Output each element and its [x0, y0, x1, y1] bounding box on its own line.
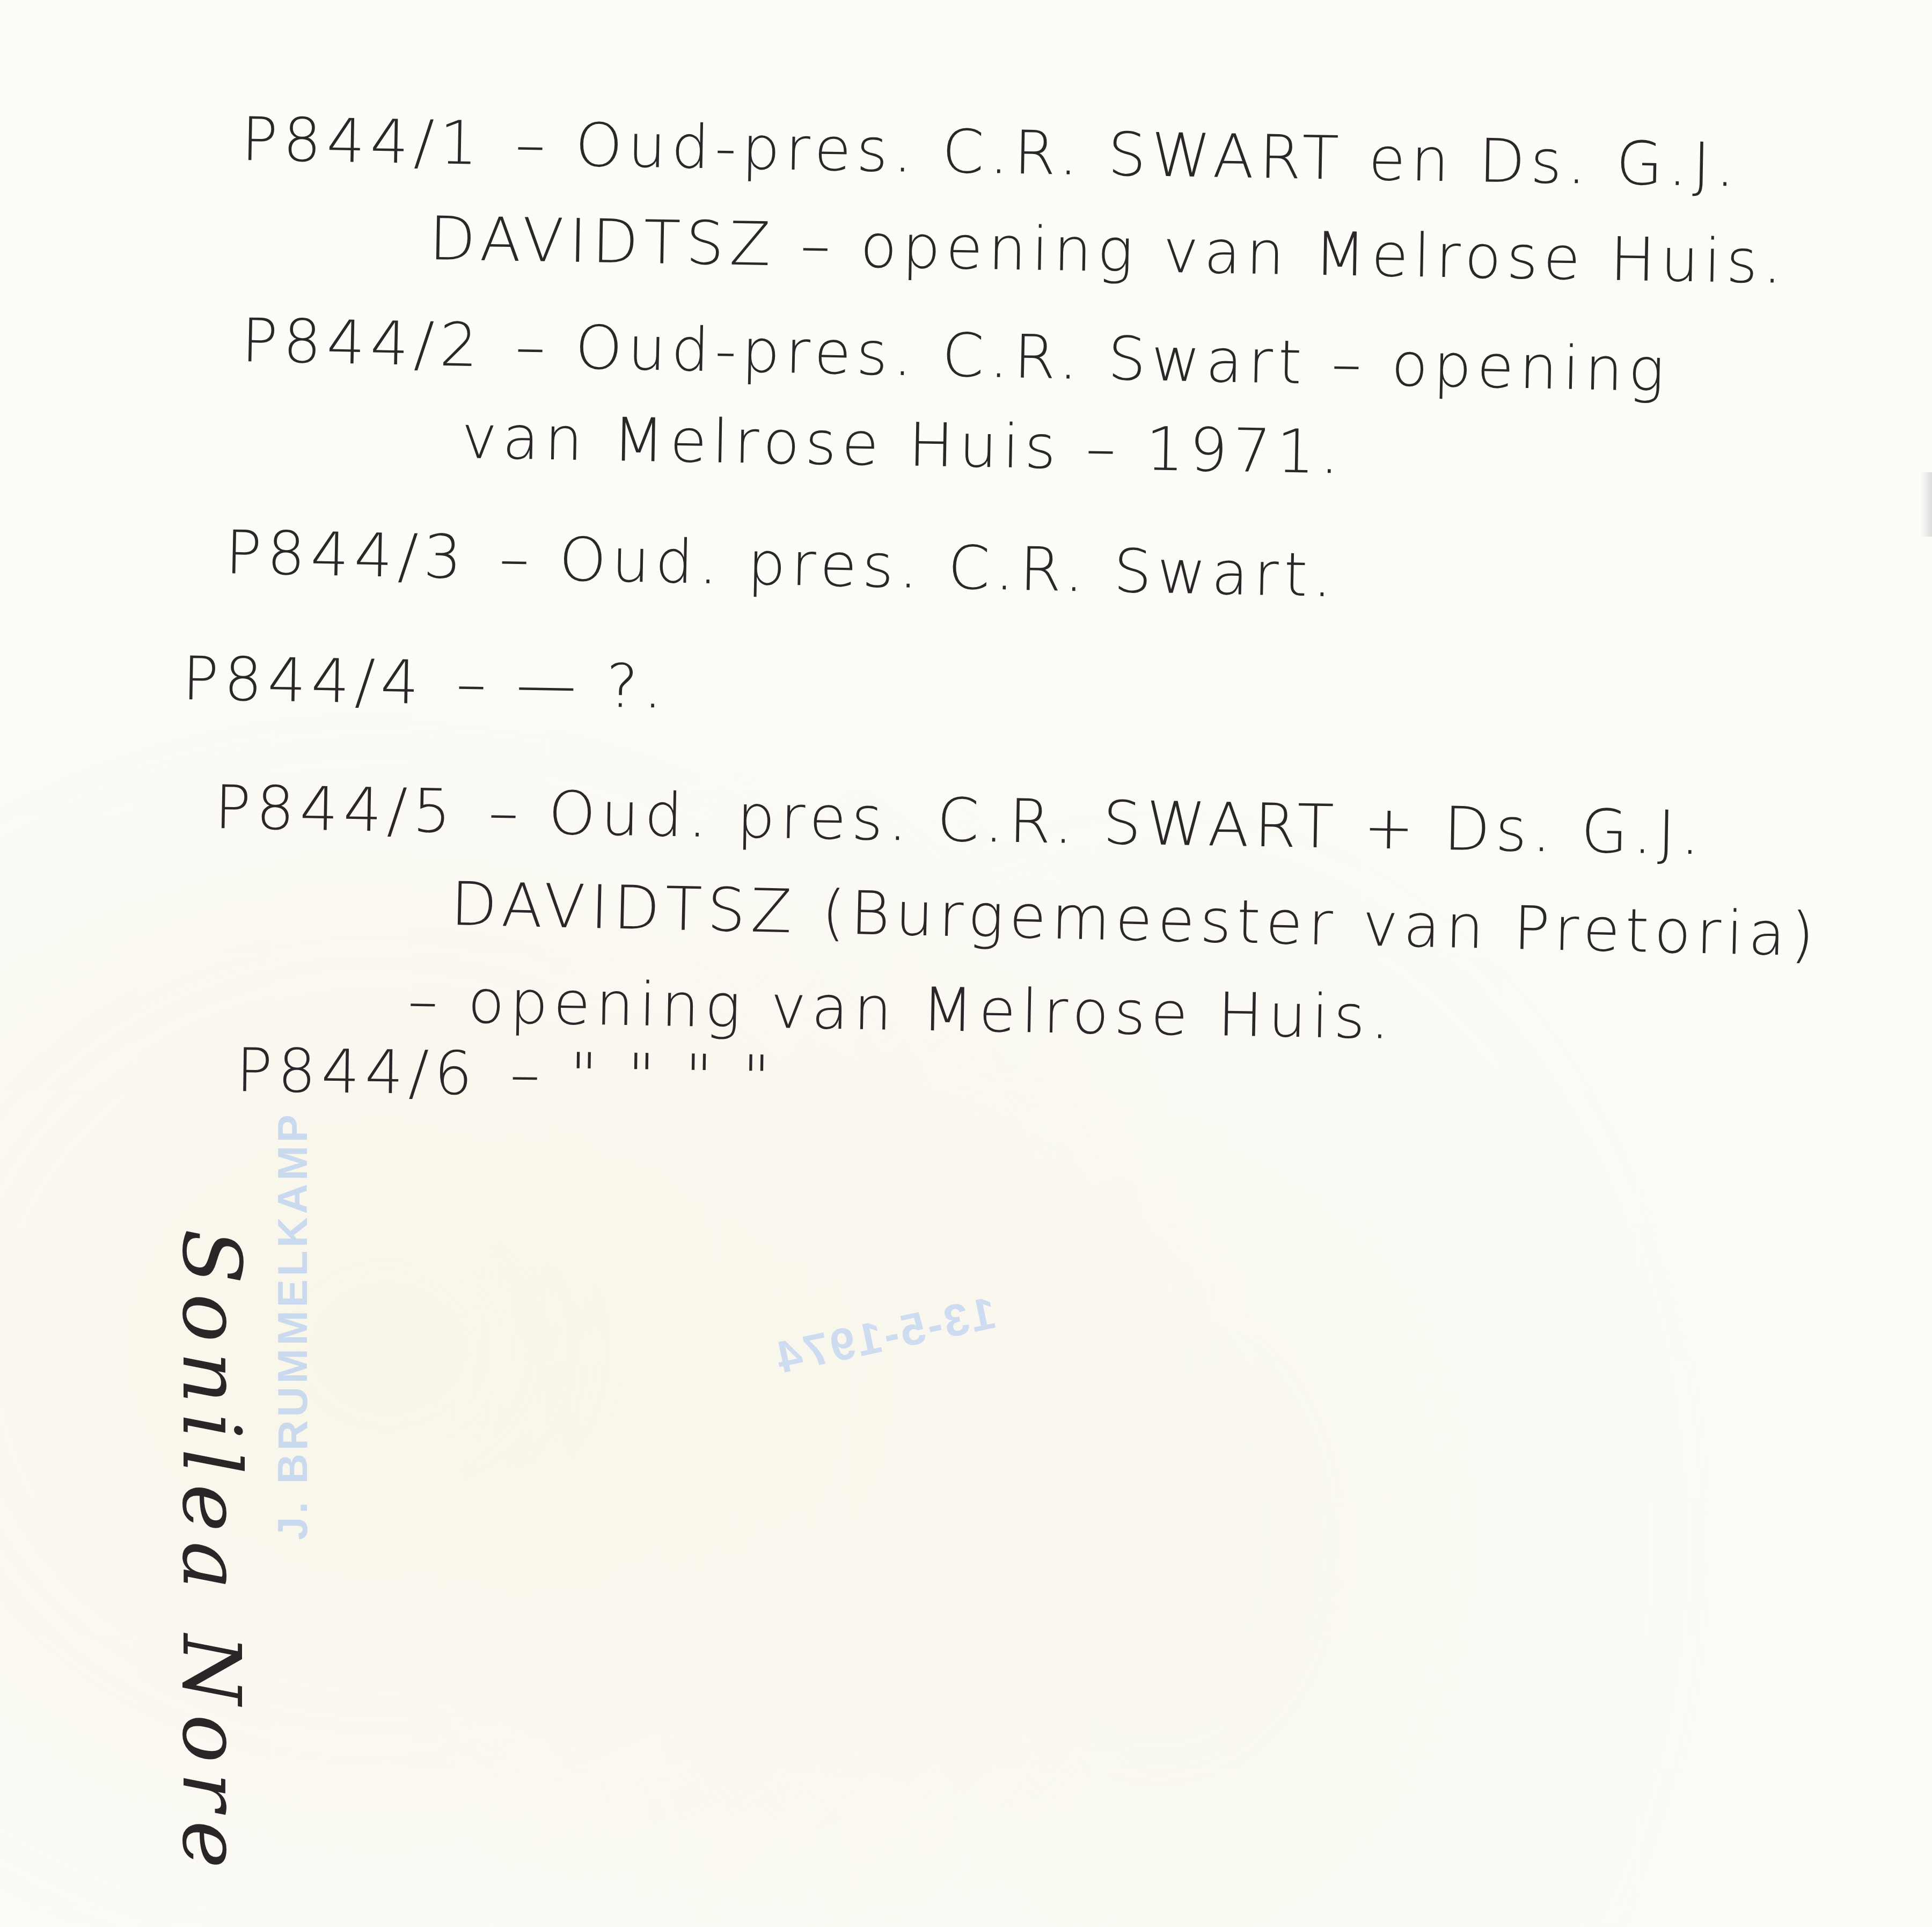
- entry-6-line-1: P844/6– " " " ": [236, 1036, 775, 1113]
- photographer-stamp: J. BRUMMELKAMP: [268, 1111, 317, 1540]
- scan-edge-mark: [1920, 472, 1932, 537]
- entry-text: – — ?.: [456, 649, 668, 722]
- entry-code: P844/5: [214, 773, 457, 847]
- entry-code: P844/6: [236, 1036, 478, 1109]
- entry-code: P844/1: [241, 105, 484, 179]
- signature: Sonilea Nore: [164, 1229, 258, 1878]
- entry-4-line-1: P844/4– — ?.: [182, 644, 669, 722]
- entry-code: P844/4: [182, 644, 425, 718]
- entry-code: P844/2: [241, 306, 484, 380]
- entry-text: – " " " ": [509, 1039, 775, 1113]
- entry-code: P844/3: [225, 518, 468, 592]
